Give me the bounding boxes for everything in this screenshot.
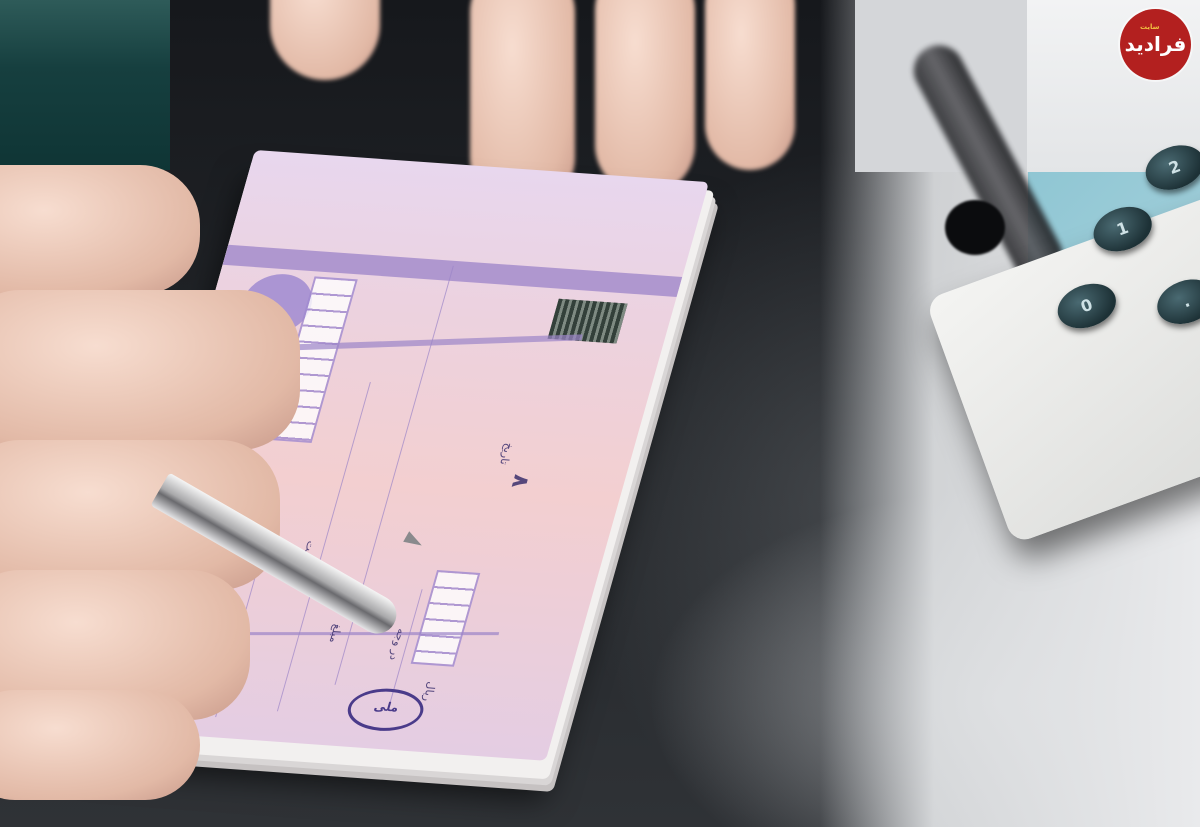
faradeed-logo: سایت فرادید: [1120, 9, 1191, 80]
pen-cap: [945, 200, 1005, 255]
field-label: ریال: [420, 681, 438, 702]
finger: [0, 690, 200, 800]
field-label: مبلغ: [326, 624, 344, 644]
logo-subtext: سایت: [1140, 23, 1160, 31]
finger: [0, 165, 200, 295]
finger: [595, 0, 695, 195]
calculator-key: 0: [1051, 276, 1122, 336]
field-label: تاریخ: [497, 442, 516, 465]
finger: [705, 0, 795, 170]
amount-digit-box: [411, 570, 481, 667]
finger: [0, 290, 300, 450]
calculator-key: .: [1151, 272, 1200, 332]
serial-mark: ۸: [506, 473, 534, 488]
logo-text: فرادید: [1125, 32, 1187, 56]
teal-overlay-tile: [0, 0, 170, 170]
bank-seal: ملی: [342, 686, 429, 733]
